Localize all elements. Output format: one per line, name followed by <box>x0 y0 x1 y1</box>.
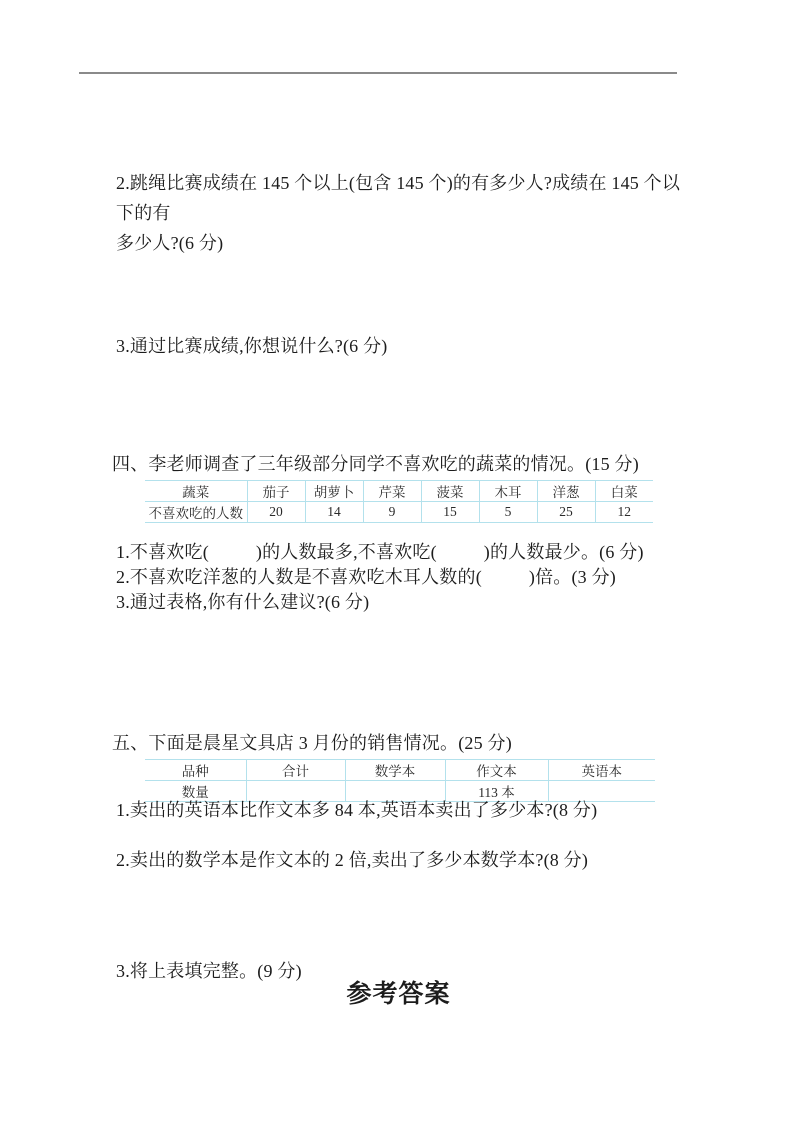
section4-subquestion-2: 2.不喜欢吃洋葱的人数是不喜欢吃木耳人数的( )倍。(3 分) <box>116 565 686 590</box>
section5-subquestion-1: 1.卖出的英语本比作文本多 84 本,英语本卖出了多少本?(8 分) <box>116 798 686 823</box>
section4-subquestion-3: 3.通过表格,你有什么建议?(6 分) <box>116 590 686 615</box>
table-header-cell: 数学本 <box>345 760 445 781</box>
header-rule <box>79 72 677 74</box>
question-jump-rope: 2.跳绳比赛成绩在 145 个以上(包含 145 个)的有多少人?成绩在 145… <box>116 168 682 258</box>
table-header-cell: 胡萝卜 <box>305 481 363 502</box>
section4-subquestion-1: 1.不喜欢吃( )的人数最多,不喜欢吃( )的人数最少。(6 分) <box>116 540 686 565</box>
table-header-cell: 合计 <box>246 760 345 781</box>
table-header-cell: 洋葱 <box>537 481 595 502</box>
table-value-cell: 9 <box>363 502 421 523</box>
stationery-sales-table: 品种 合计 数学本 作文本 英语本 数量 113 本 <box>145 759 655 802</box>
table-value-cell: 12 <box>595 502 653 523</box>
table-value-cell: 15 <box>421 502 479 523</box>
table-row: 蔬菜 茄子 胡萝卜 芹菜 菠菜 木耳 洋葱 白菜 <box>145 481 653 502</box>
section5-heading: 五、下面是晨星文具店 3 月份的销售情况。(25 分) <box>112 730 692 756</box>
table-value-cell: 20 <box>247 502 305 523</box>
table-header-cell: 英语本 <box>548 760 655 781</box>
table-value-cell: 25 <box>537 502 595 523</box>
table-header-cell: 品种 <box>145 760 246 781</box>
table-header-cell: 作文本 <box>445 760 548 781</box>
table-header-cell: 白菜 <box>595 481 653 502</box>
section5-subquestion-2: 2.卖出的数学本是作文本的 2 倍,卖出了多少本数学本?(8 分) <box>116 848 686 873</box>
table-header-cell: 木耳 <box>479 481 537 502</box>
table-header-cell: 蔬菜 <box>145 481 247 502</box>
table-header-cell: 菠菜 <box>421 481 479 502</box>
vegetable-survey-table: 蔬菜 茄子 胡萝卜 芹菜 菠菜 木耳 洋葱 白菜 不喜欢吃的人数 20 14 9… <box>145 480 653 523</box>
table-value-cell: 5 <box>479 502 537 523</box>
section4-heading: 四、李老师调查了三年级部分同学不喜欢吃的蔬菜的情况。(15 分) <box>112 451 692 477</box>
table-row: 品种 合计 数学本 作文本 英语本 <box>145 760 655 781</box>
table-row-label: 不喜欢吃的人数 <box>145 502 247 523</box>
reference-answers-title: 参考答案 <box>100 978 697 1012</box>
table-header-cell: 芹菜 <box>363 481 421 502</box>
table-header-cell: 茄子 <box>247 481 305 502</box>
table-row: 不喜欢吃的人数 20 14 9 15 5 25 12 <box>145 502 653 523</box>
exam-page: 2.跳绳比赛成绩在 145 个以上(包含 145 个)的有多少人?成绩在 145… <box>0 0 793 1122</box>
question-competition-thoughts: 3.通过比赛成绩,你想说什么?(6 分) <box>116 331 682 361</box>
table-value-cell: 14 <box>305 502 363 523</box>
